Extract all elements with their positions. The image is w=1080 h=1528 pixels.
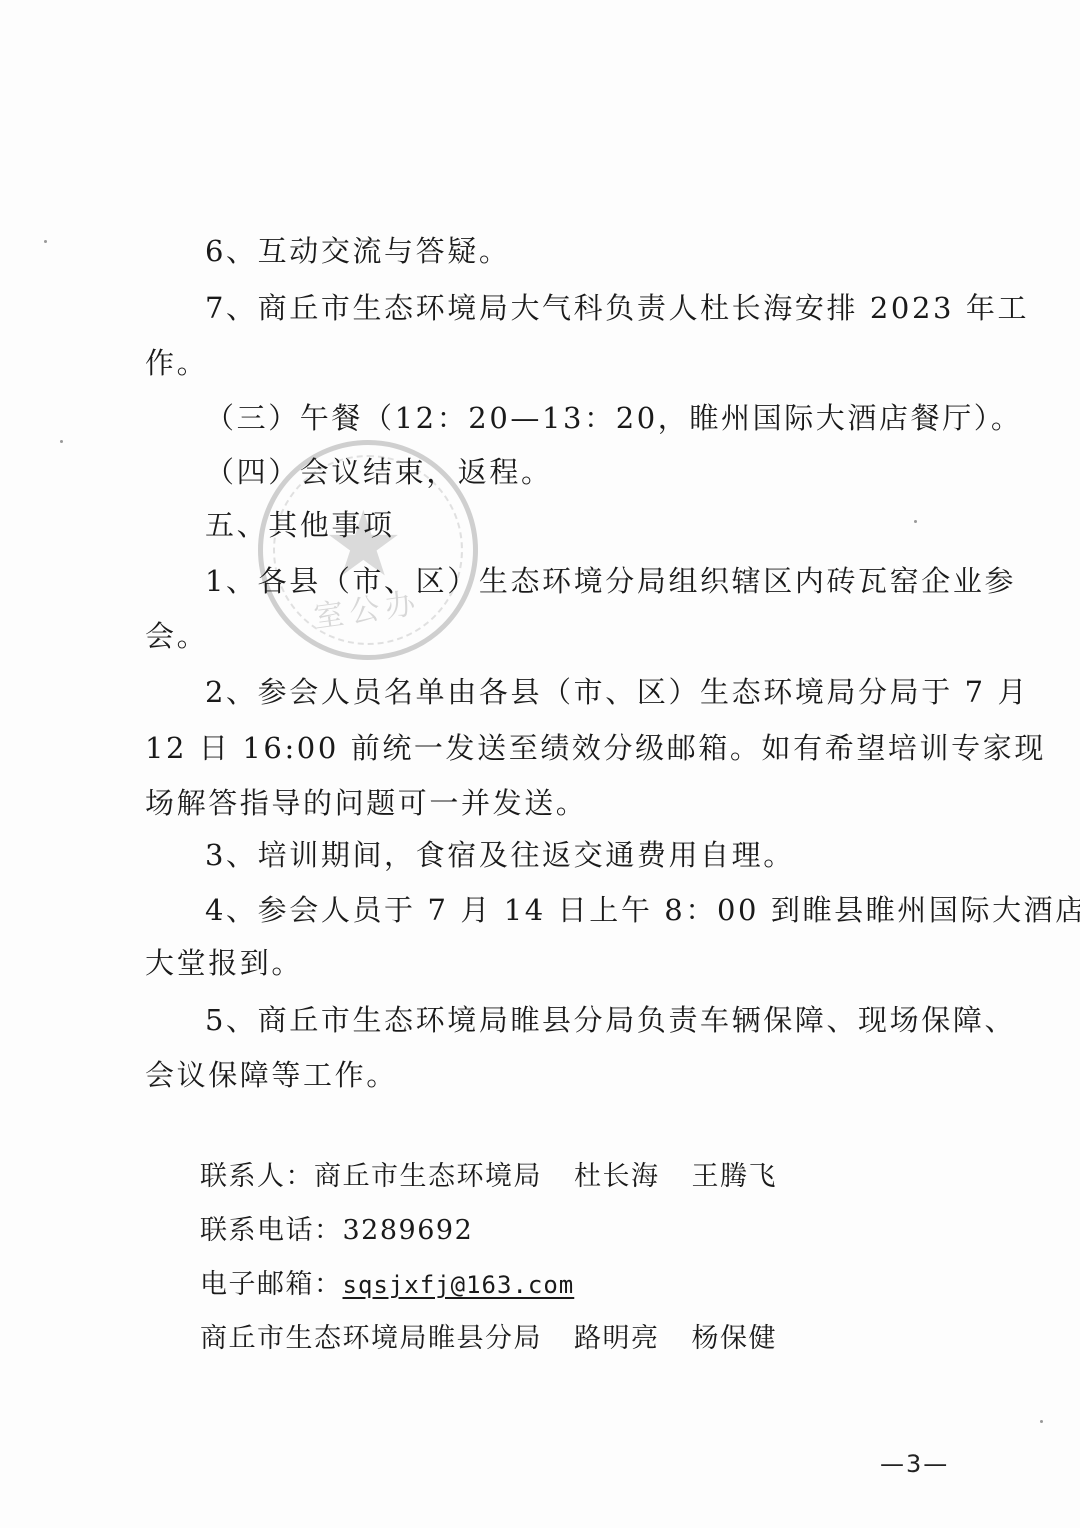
item-7-continuation: 作。: [145, 346, 208, 380]
other-item-2-continuation-1: 12 日 16:00 前统一发送至绩效分级邮箱。如有希望培训专家现: [145, 731, 1046, 765]
contact-phone-line: 联系电话：3289692: [200, 1214, 473, 1248]
page-number: —3—: [880, 1450, 949, 1478]
contact-person-1: 杜长海: [574, 1161, 660, 1192]
section-3-lunch: （三）午餐（12：20—13：20，睢州国际大酒店餐厅）。: [205, 401, 1023, 435]
item-6-interaction: 6、互动交流与答疑。: [205, 234, 510, 268]
other-item-2-continuation-2: 场解答指导的问题可一并发送。: [145, 786, 587, 820]
contact-branch-line: 商丘市生态环境局睢县分局路明亮杨保健: [200, 1322, 777, 1356]
scan-speck: [914, 520, 917, 523]
other-item-1: 1、各县（市、区）生态环境分局组织辖区内砖瓦窑企业参: [205, 564, 1016, 598]
contact-person-2: 王腾飞: [692, 1161, 778, 1192]
contact-phone-label: 联系电话：: [200, 1215, 343, 1246]
contact-person-org: 商丘市生态环境局: [314, 1161, 542, 1192]
contact-person-line: 联系人：商丘市生态环境局杜长海王腾飞: [200, 1160, 777, 1194]
contact-person-label: 联系人：: [200, 1161, 314, 1192]
other-item-2: 2、参会人员名单由各县（市、区）生态环境局分局于 7 月: [205, 675, 1029, 709]
other-item-4-continuation: 大堂报到。: [145, 946, 303, 980]
contact-branch-person-2: 杨保健: [692, 1323, 778, 1354]
other-item-5: 5、商丘市生态环境局睢县分局负责车辆保障、现场保障、: [205, 1003, 1016, 1037]
scan-speck: [44, 240, 47, 243]
other-item-1-continuation: 会。: [145, 619, 208, 653]
document-page: ★ 室公办 6、互动交流与答疑。 7、商丘市生态环境局大气科负责人杜长海安排 2…: [0, 0, 1080, 1528]
contact-phone: 3289692: [343, 1215, 474, 1246]
other-item-4: 4、参会人员于 7 月 14 日上午 8：00 到睢县睢州国际大酒店: [205, 893, 1080, 927]
contact-email-link[interactable]: sqsjxfj@163.com: [343, 1271, 575, 1299]
section-4-meeting-end: （四）会议结束，返程。: [205, 455, 553, 489]
scan-speck: [1040, 1420, 1043, 1423]
item-7-work-arrangement: 7、商丘市生态环境局大气科负责人杜长海安排 2023 年工: [205, 291, 1029, 325]
contact-email-line: 电子邮箱：sqsjxfj@163.com: [200, 1268, 574, 1302]
contact-email-label: 电子邮箱：: [200, 1269, 343, 1300]
section-5-heading: 五、其他事项: [205, 508, 395, 542]
contact-branch-org: 商丘市生态环境局睢县分局: [200, 1323, 542, 1354]
other-item-5-continuation: 会议保障等工作。: [145, 1058, 398, 1092]
scan-speck: [60, 440, 63, 443]
other-item-3: 3、培训期间，食宿及往返交通费用自理。: [205, 838, 795, 872]
contact-branch-person-1: 路明亮: [574, 1323, 660, 1354]
